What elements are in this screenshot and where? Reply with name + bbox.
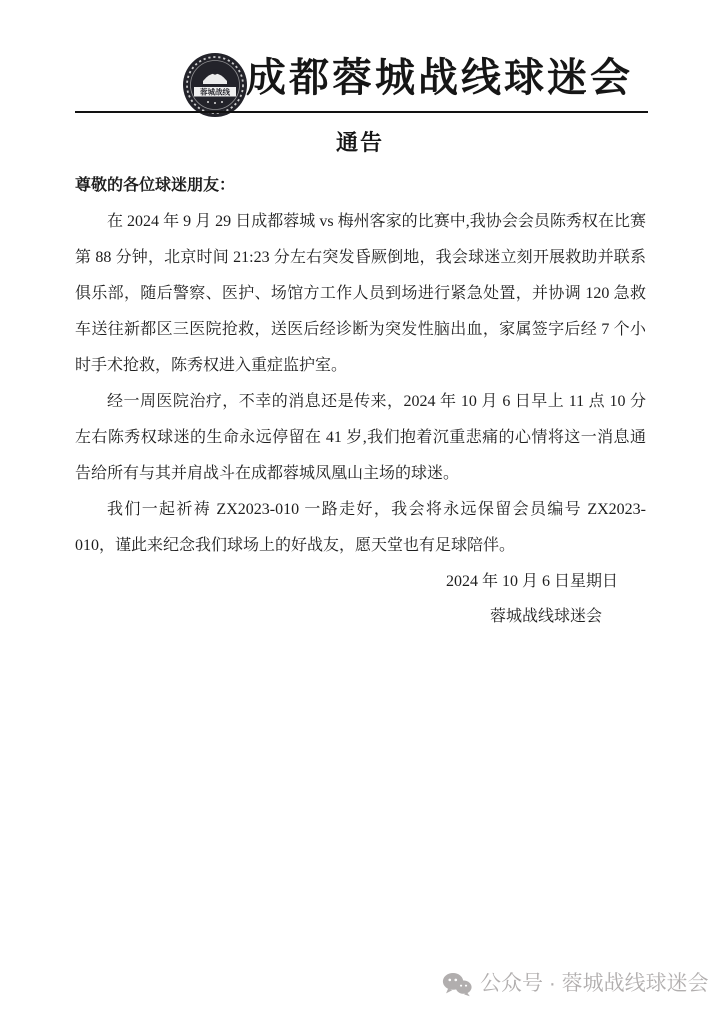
wechat-icon	[442, 972, 472, 997]
club-crest-icon: 蓉城战线	[182, 52, 248, 118]
paragraph-3: 我们一起祈祷 ZX2023-010 一路走好，我会将永远保留会员编号 ZX202…	[75, 492, 646, 564]
logo-banner-text: 蓉城战线	[200, 87, 230, 97]
org-name: 成都蓉城战线球迷会	[246, 52, 633, 104]
paragraph-1: 在 2024 年 9 月 29 日成都蓉城 vs 梅州客家的比赛中,我协会会员陈…	[75, 204, 646, 384]
notice-title: 通告	[0, 127, 720, 159]
signature-line: 蓉城战线球迷会	[75, 599, 646, 634]
paragraph-2: 经一周医院治疗，不幸的消息还是传来，2024 年 10 月 6 日早上 11 点…	[75, 384, 646, 492]
date-line: 2024 年 10 月 6 日星期日	[75, 564, 646, 599]
header-divider	[75, 111, 648, 113]
wechat-watermark: 公众号 · 蓉城战线球迷会	[442, 970, 709, 998]
greeting-line: 尊敬的各位球迷朋友：	[75, 168, 646, 204]
notice-body: 尊敬的各位球迷朋友： 在 2024 年 9 月 29 日成都蓉城 vs 梅州客家…	[75, 168, 646, 634]
notice-document: 蓉城战线 成都蓉城战线球迷会 通告 尊敬的各位球迷朋友： 在 2024 年 9 …	[0, 0, 720, 1018]
wechat-label: 公众号 · 蓉城战线球迷会	[480, 970, 709, 998]
